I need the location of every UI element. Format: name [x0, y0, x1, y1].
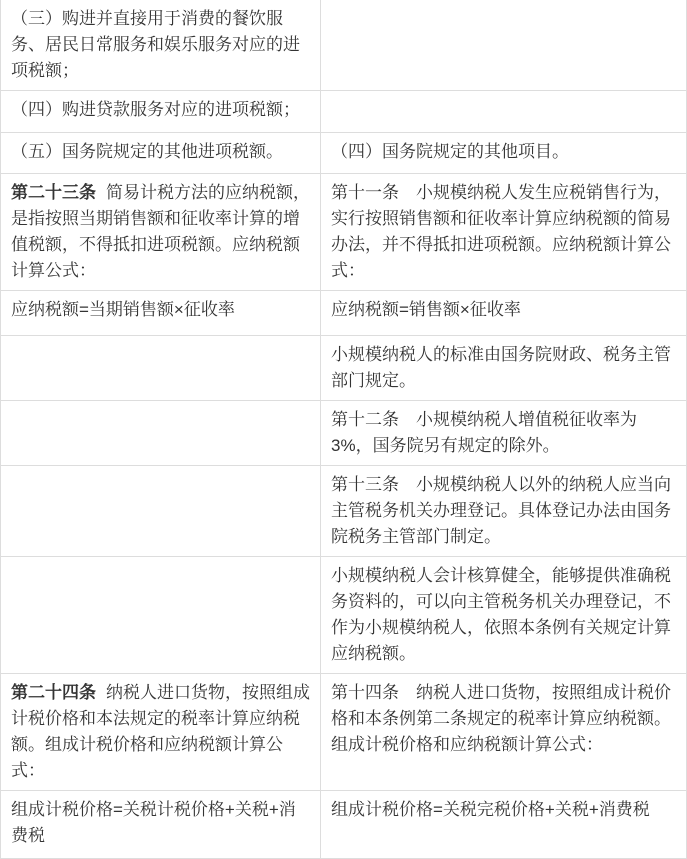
cell-right	[321, 91, 687, 133]
table-row: 小规模纳税人的标准由国务院财政、税务主管部门规定。	[1, 336, 687, 401]
article-number: 第二十三条	[11, 183, 96, 202]
cell-text: 第十二条 小规模纳税人增值税征收率为3%，国务院另有规定的除外。	[331, 410, 637, 455]
cell-text: 组成计税价格=关税完税价格+关税+消费税	[331, 800, 650, 819]
cell-right: 第十三条 小规模纳税人以外的纳税人应当向主管税务机关办理登记。具体登记办法由国务…	[321, 466, 687, 557]
cell-right: 组成计税价格=关税完税价格+关税+消费税	[321, 791, 687, 859]
cell-right: 小规模纳税人会计核算健全，能够提供准确税务资料的，可以向主管税务机关办理登记，不…	[321, 557, 687, 674]
cell-left: （三）购进并直接用于消费的餐饮服务、居民日常服务和娱乐服务对应的进项税额；	[1, 0, 321, 91]
cell-text: 小规模纳税人的标准由国务院财政、税务主管部门规定。	[331, 345, 671, 390]
cell-left	[1, 557, 321, 674]
cell-left	[1, 401, 321, 466]
cell-left: （五）国务院规定的其他进项税额。	[1, 133, 321, 174]
article-number: 第二十四条	[11, 683, 96, 702]
cell-left: （四）购进贷款服务对应的进项税额；	[1, 91, 321, 133]
cell-text: 第十一条 小规模纳税人发生应税销售行为，实行按照销售额和征收率计算应纳税额的简易…	[331, 183, 671, 280]
table-row: 组成计税价格=关税计税价格+关税+消费税 组成计税价格=关税完税价格+关税+消费…	[1, 791, 687, 859]
cell-right: 应纳税额=销售额×征收率	[321, 291, 687, 336]
cell-left: 组成计税价格=关税计税价格+关税+消费税	[1, 791, 321, 859]
law-comparison-table: （三）购进并直接用于消费的餐饮服务、居民日常服务和娱乐服务对应的进项税额； （四…	[0, 0, 687, 859]
cell-text: （四）购进贷款服务对应的进项税额；	[11, 100, 300, 119]
cell-left: 应纳税额=当期销售额×征收率	[1, 291, 321, 336]
cell-left: 第二十四条纳税人进口货物，按照组成计税价格和本法规定的税率计算应纳税额。组成计税…	[1, 674, 321, 791]
cell-left: 第二十三条简易计税方法的应纳税额，是指按照当期销售额和征收率计算的增值税额，不得…	[1, 174, 321, 291]
table-row: 应纳税额=当期销售额×征收率 应纳税额=销售额×征收率	[1, 291, 687, 336]
table-row: 第二十三条简易计税方法的应纳税额，是指按照当期销售额和征收率计算的增值税额，不得…	[1, 174, 687, 291]
cell-text: （五）国务院规定的其他进项税额。	[11, 142, 283, 161]
cell-right: 第十一条 小规模纳税人发生应税销售行为，实行按照销售额和征收率计算应纳税额的简易…	[321, 174, 687, 291]
table-row: 小规模纳税人会计核算健全，能够提供准确税务资料的，可以向主管税务机关办理登记，不…	[1, 557, 687, 674]
cell-left	[1, 336, 321, 401]
cell-text: 小规模纳税人会计核算健全，能够提供准确税务资料的，可以向主管税务机关办理登记，不…	[331, 566, 671, 663]
cell-text: 第十三条 小规模纳税人以外的纳税人应当向主管税务机关办理登记。具体登记办法由国务…	[331, 475, 671, 546]
table-row: （五）国务院规定的其他进项税额。 （四）国务院规定的其他项目。	[1, 133, 687, 174]
table-row: （四）购进贷款服务对应的进项税额；	[1, 91, 687, 133]
cell-text: 应纳税额=当期销售额×征收率	[11, 300, 235, 319]
cell-right: 第十四条 纳税人进口货物，按照组成计税价格和本条例第二条规定的税率计算应纳税额。…	[321, 674, 687, 791]
cell-text: 组成计税价格=关税计税价格+关税+消费税	[11, 800, 296, 845]
cell-right: 小规模纳税人的标准由国务院财政、税务主管部门规定。	[321, 336, 687, 401]
table-body: （三）购进并直接用于消费的餐饮服务、居民日常服务和娱乐服务对应的进项税额； （四…	[1, 0, 687, 859]
cell-text: 应纳税额=销售额×征收率	[331, 300, 521, 319]
table-row: 第十二条 小规模纳税人增值税征收率为3%，国务院另有规定的除外。	[1, 401, 687, 466]
table-row: 第二十四条纳税人进口货物，按照组成计税价格和本法规定的税率计算应纳税额。组成计税…	[1, 674, 687, 791]
table-row: 第十三条 小规模纳税人以外的纳税人应当向主管税务机关办理登记。具体登记办法由国务…	[1, 466, 687, 557]
cell-left	[1, 466, 321, 557]
cell-right	[321, 0, 687, 91]
cell-text: （三）购进并直接用于消费的餐饮服务、居民日常服务和娱乐服务对应的进项税额；	[11, 9, 300, 80]
cell-text: （四）国务院规定的其他项目。	[331, 142, 569, 161]
table-row: （三）购进并直接用于消费的餐饮服务、居民日常服务和娱乐服务对应的进项税额；	[1, 0, 687, 91]
cell-right: （四）国务院规定的其他项目。	[321, 133, 687, 174]
cell-text: 第十四条 纳税人进口货物，按照组成计税价格和本条例第二条规定的税率计算应纳税额。…	[331, 683, 671, 754]
cell-right: 第十二条 小规模纳税人增值税征收率为3%，国务院另有规定的除外。	[321, 401, 687, 466]
